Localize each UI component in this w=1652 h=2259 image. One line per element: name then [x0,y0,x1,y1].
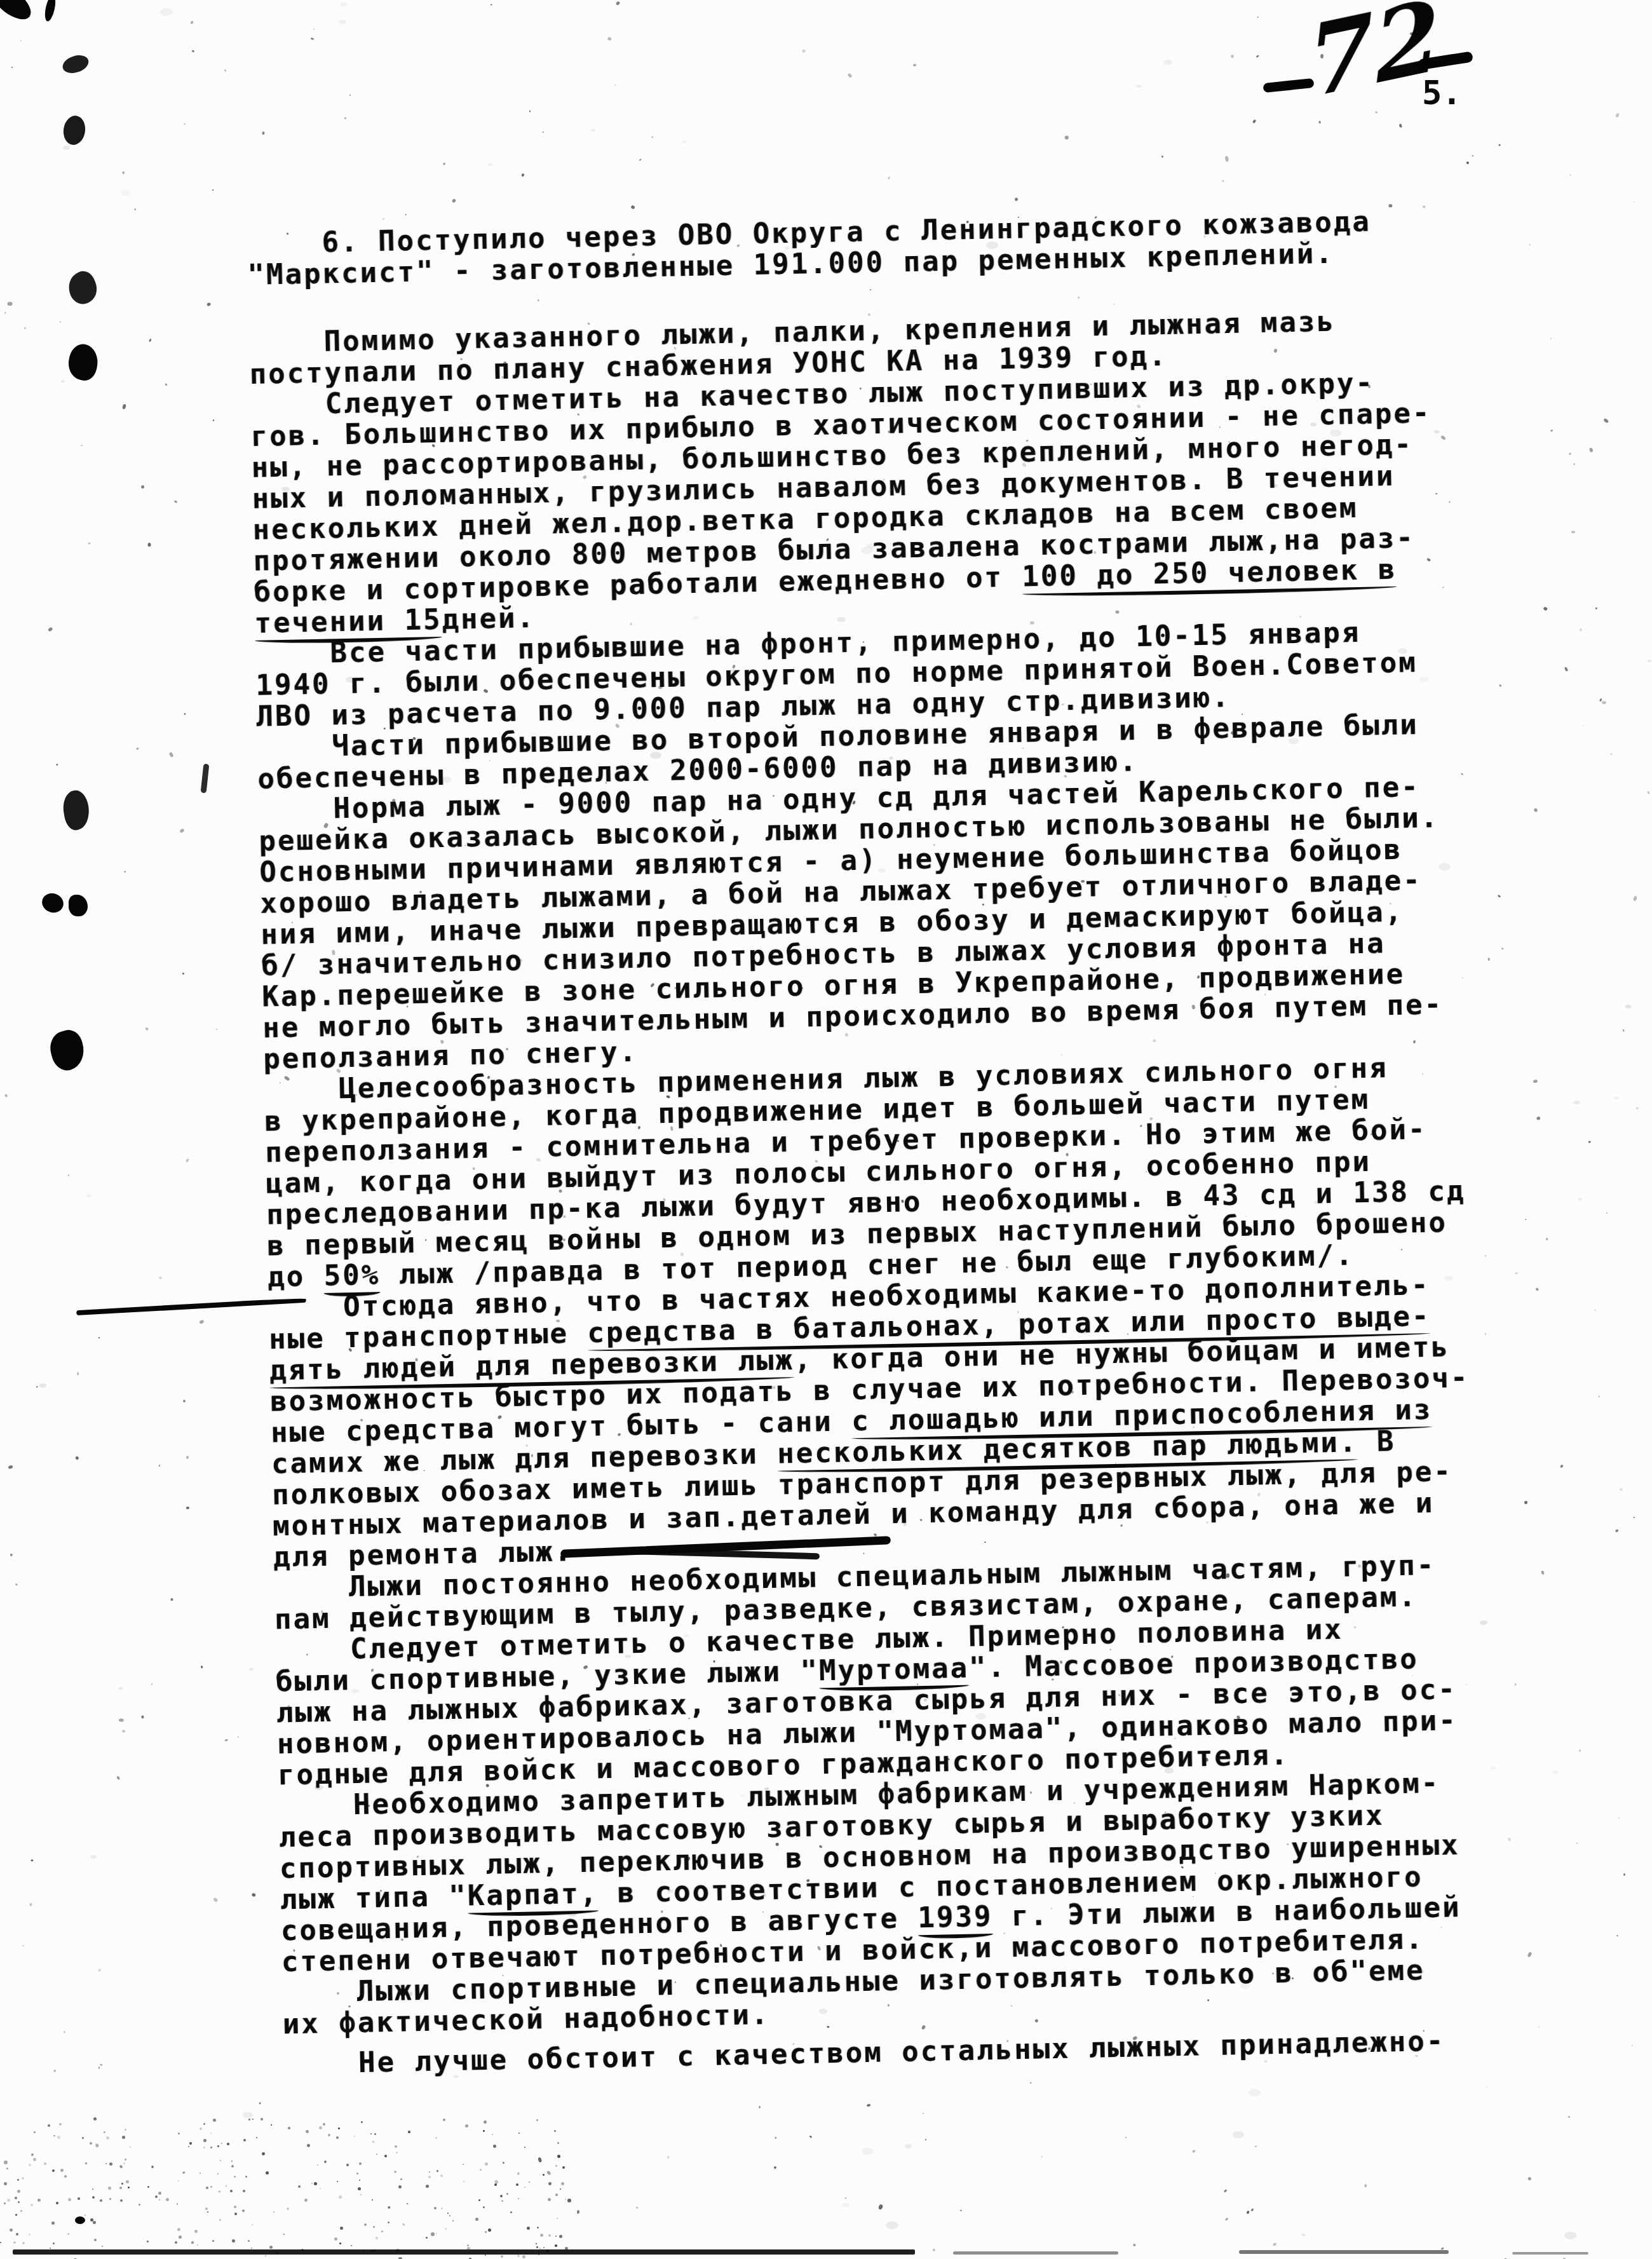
paragraph: Отсюда явно, что в частях необходимы как… [268,1268,1538,1573]
scan-edge-line [13,2249,915,2255]
ink-blob [0,0,36,25]
document-body: 6. Поступило через ОВО Округа с Ленингра… [247,203,1548,2080]
ink-blob [62,114,87,146]
page-number-typed: 5. [1422,74,1462,112]
ink-blob [201,764,210,794]
ink-blob [65,341,102,383]
pen-dash-icon [1263,78,1314,93]
paragraph: Следует отметить о качестве лыж. Примерн… [274,1610,1542,1791]
ink-blob [64,268,102,308]
ink-blob [69,895,88,916]
ink-blob [43,0,57,22]
scan-edge-line [1239,2250,1449,2254]
ink-blob [60,789,92,832]
ink-blob [46,1027,88,1074]
page-number: 72 5. [1271,3,1487,149]
ink-blob [39,890,66,916]
scan-edge-line [953,2251,1118,2255]
paragraph: Следует отметить на качество лыж поступи… [250,365,1519,639]
paragraph: Норма лыж - 9000 пар на одну сд для част… [258,770,1527,1075]
paragraph: Необходимо запретить лыжным фабрикам и у… [278,1766,1545,1978]
paragraph: Целесообразность применения лыж в услови… [264,1050,1532,1293]
scanned-page: 72 5. 6. Поступило через ОВО Округа с Ле… [0,0,1652,2259]
ink-blob [75,2216,85,2224]
scan-edge-line [1512,2252,1588,2255]
ink-blob [60,52,91,76]
paragraph: 6. Поступило через ОВО Округа с Ленингра… [247,203,1512,291]
